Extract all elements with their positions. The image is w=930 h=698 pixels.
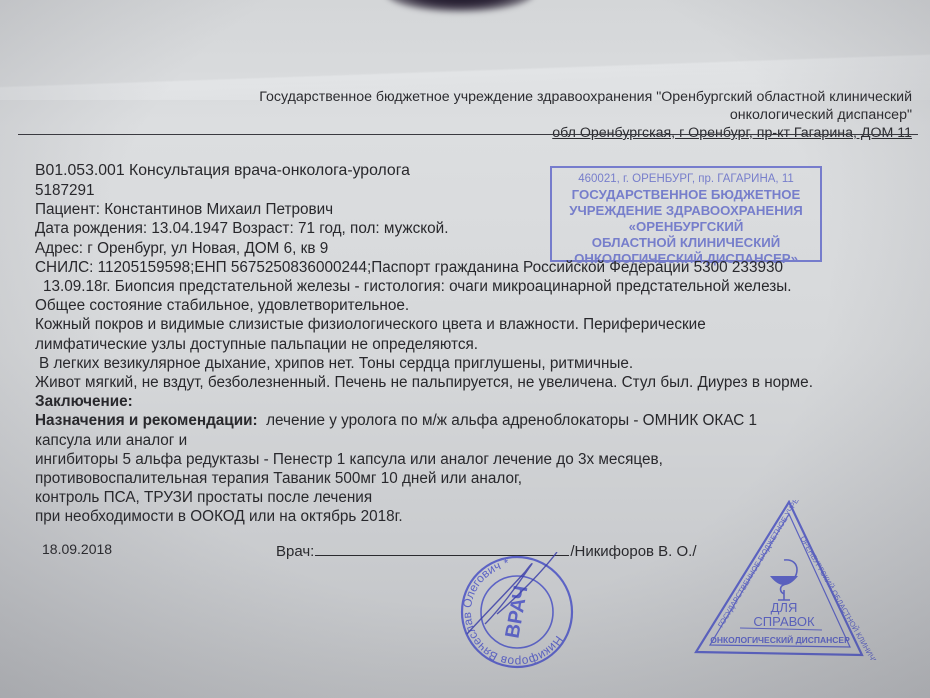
- document-body: B01.053.001 Консультация врача-онколога-…: [35, 160, 925, 527]
- recommendation-line: ингибиторы 5 альфа редуктазы - Пенестр 1…: [35, 450, 925, 469]
- recommendation-line: противовоспалительная терапия Таваник 50…: [35, 469, 925, 488]
- header-divider: [18, 134, 918, 135]
- triangle-bottom-text: ОНКОЛОГИЧЕСКИЙ ДИСПАНСЕР: [710, 634, 850, 645]
- birth-info: Дата рождения: 13.04.1947 Возраст: 71 го…: [35, 219, 925, 238]
- exam-line: В легких везикулярное дыхание, хрипов не…: [35, 354, 925, 373]
- recommendations-label: Назначения и рекомендации:: [35, 412, 258, 429]
- conclusion-label: Заключение:: [35, 392, 925, 411]
- exam-line: 13.09.18г. Биопсия предстательной железы…: [35, 277, 925, 296]
- document-date: 18.09.2018: [42, 541, 112, 557]
- exam-line: Кожный покров и видимые слизистые физиол…: [35, 315, 925, 334]
- org-name-line1: Государственное бюджетное учреждение здр…: [252, 88, 912, 106]
- org-address: обл Оренбургская, г Оренбург, пр-кт Гага…: [252, 124, 912, 142]
- triangle-stamp: ДЛЯ СПРАВОК ОНКОЛОГИЧЕСКИЙ ДИСПАНСЕР ГОС…: [692, 500, 892, 660]
- service-title: B01.053.001 Консультация врача-онколога-…: [35, 160, 925, 181]
- triangle-center-line1: ДЛЯ: [771, 600, 798, 615]
- patient-address: Адрес: г Оренбург, ул Новая, ДОМ 6, кв 9: [35, 239, 925, 258]
- camera-shadow: [385, 0, 535, 12]
- doctor-round-stamp: Никифоров Вячеслав Олегович * ВРАЧ: [447, 552, 587, 670]
- triangle-center-line2: СПРАВОК: [753, 614, 815, 629]
- recommendations-line: Назначения и рекомендации: лечение у уро…: [35, 411, 925, 430]
- doctor-name: /Никифоров В. О./: [570, 543, 696, 560]
- patient-name: Пациент: Константинов Михаил Петрович: [35, 200, 925, 219]
- record-number: 5187291: [35, 181, 925, 200]
- patient-ids: СНИЛС: 11205159598;ЕНП 5675250836000244;…: [35, 258, 925, 277]
- exam-line: Живот мягкий, не вздут, безболезненный. …: [35, 373, 925, 392]
- org-name-line2: онкологический диспансер": [252, 106, 912, 124]
- exam-line: Общее состояние стабильное, удовлетворит…: [35, 296, 925, 315]
- recommendation-line: капсула или аналог и: [35, 431, 925, 450]
- exam-line: лимфатические узлы доступные пальпации н…: [35, 335, 925, 354]
- recommendation-text: лечение у уролога по м/ж альфа адренобло…: [266, 412, 757, 429]
- doctor-label: Врач:: [276, 543, 314, 560]
